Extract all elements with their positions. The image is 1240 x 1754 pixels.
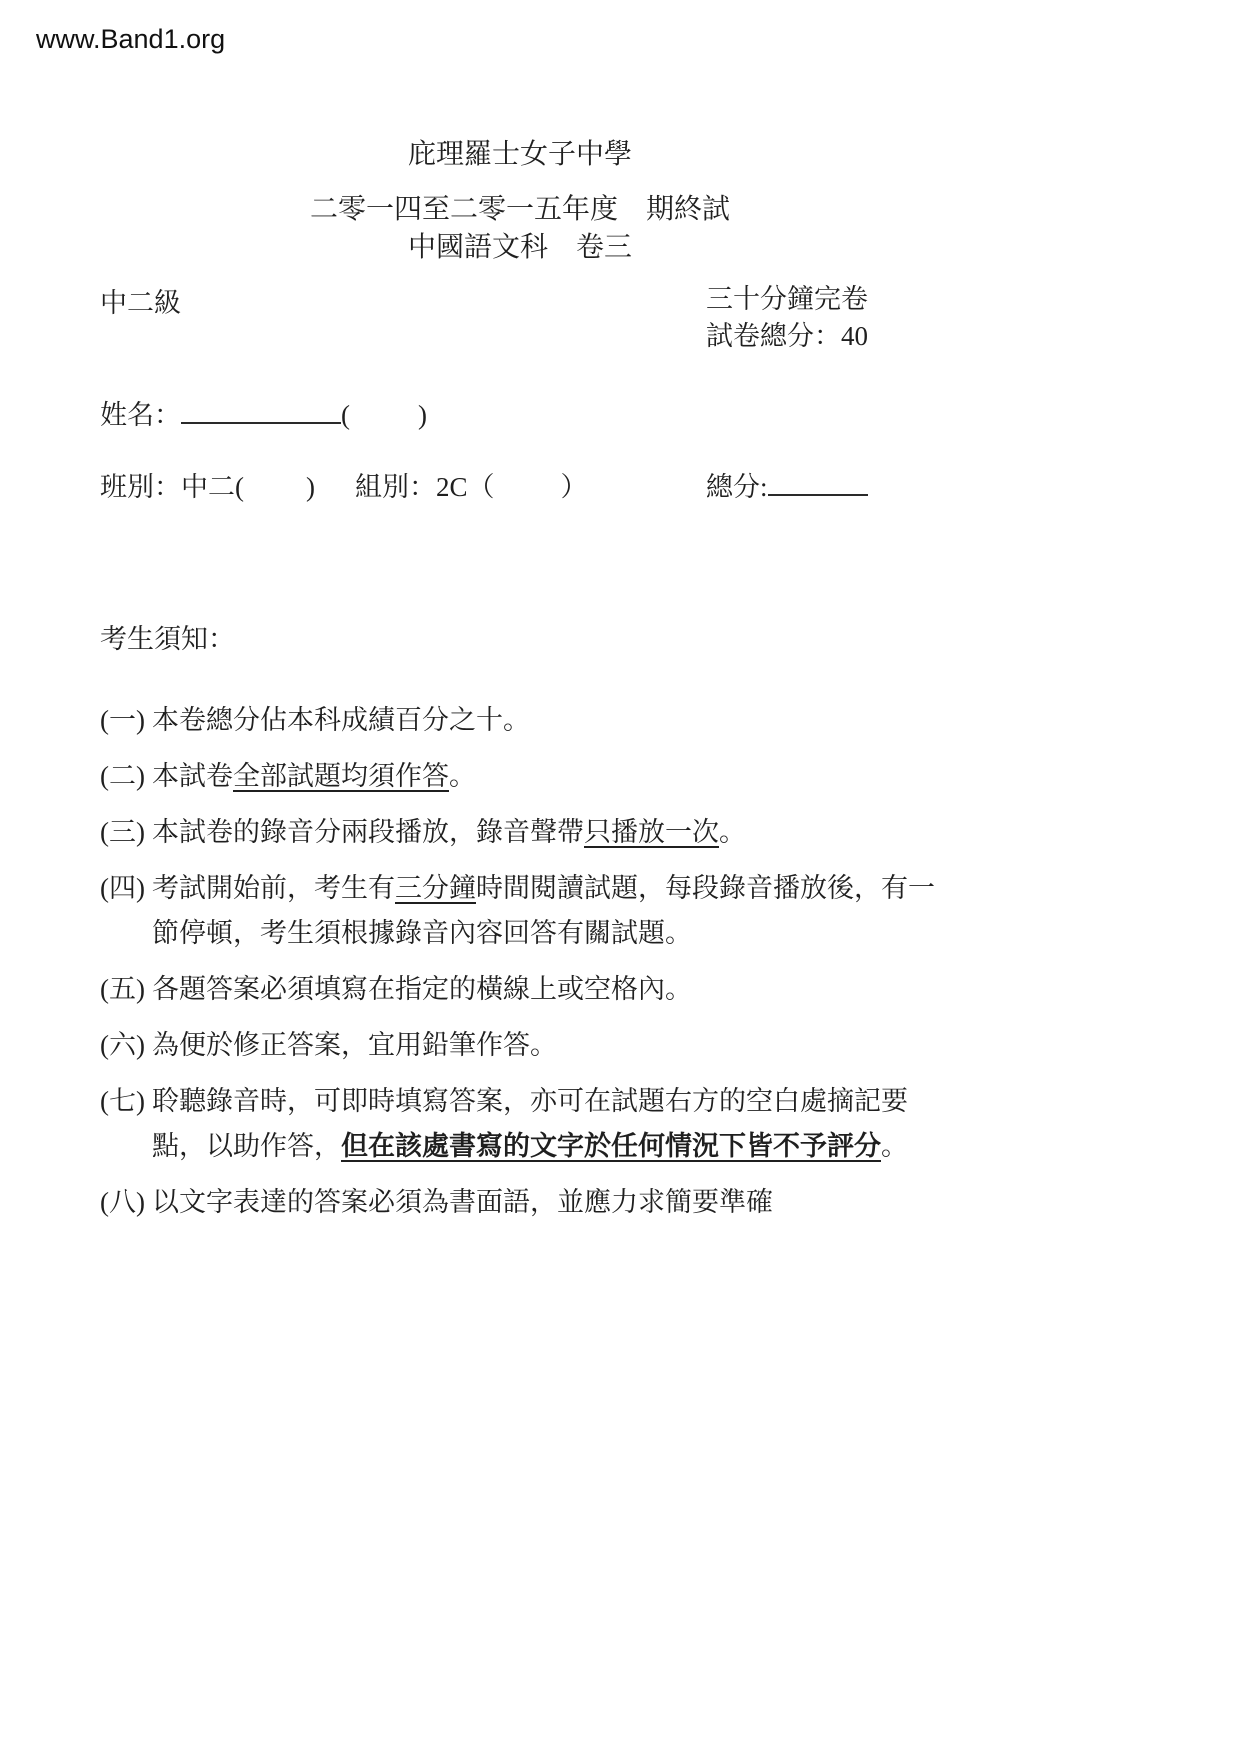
name-label: 姓名： [100,400,181,430]
duration-label: 三十分鐘完卷 [706,281,868,318]
instruction-number: (六) [100,1023,152,1068]
instruction-segment: 。 [719,817,746,847]
instruction-segment: 考試開始前，考生有 [152,873,395,903]
instruction-number: (四) [100,866,152,956]
name-paren-close: ) [418,400,427,430]
instruction-number: (二) [100,754,152,799]
class-paren-close: ) [306,472,315,502]
instruction-number: (八) [100,1180,152,1225]
instructions-list: (一)本卷總分佔本科成績百分之十。(二)本試卷全部試題均須作答。(三)本試卷的錄… [100,698,940,1225]
notices-heading: 考生須知： [100,617,940,656]
title-block: 庇理羅士女子中學 二零一四至二零一五年度 期終試 中國語文科 卷三 [100,0,940,267]
name-paren-open: ( [341,400,350,430]
instruction-text: 聆聽錄音時，可即時填寫答案，亦可在試題右方的空白處摘記要點，以助作答，但在該處書… [152,1079,940,1169]
instruction-item: (三)本試卷的錄音分兩段播放，錄音聲帶只播放一次。 [100,810,940,855]
instruction-number: (三) [100,810,152,855]
instruction-segment: 。 [449,761,476,791]
group-paren-close: ） [561,472,588,502]
instruction-text: 本試卷全部試題均須作答。 [152,754,940,799]
instruction-item: (四)考試開始前，考生有三分鐘時間閱讀試題，每段錄音播放後，有一節停頓，考生須根… [100,866,940,956]
instruction-segment: 。 [881,1131,908,1161]
instruction-item: (六)為便於修正答案，宜用鉛筆作答。 [100,1023,940,1068]
instruction-emphasis: 全部試題均須作答 [233,761,449,791]
name-blank [181,394,341,424]
instruction-emphasis: 三分鐘 [395,873,476,903]
instruction-segment: 為便於修正答案，宜用鉛筆作答。 [152,1030,557,1060]
instruction-item: (五)各題答案必須填寫在指定的橫線上或空格內。 [100,967,940,1012]
instruction-segment: 各題答案必須填寫在指定的橫線上或空格內。 [152,974,692,1004]
group-field: 組別：2C（） [355,472,588,502]
class-row: 班別：中二()組別：2C（） 總分: [100,465,940,507]
instruction-segment: 本卷總分佔本科成績百分之十。 [152,705,530,735]
class-label: 班別：中二( [100,472,244,502]
score-blank [768,466,868,496]
instruction-text: 考試開始前，考生有三分鐘時間閱讀試題，每段錄音播放後，有一節停頓，考生須根據錄音… [152,866,940,956]
instruction-number: (一) [100,698,152,743]
meta-right-column: 三十分鐘完卷 試卷總分：40 [706,281,868,355]
instruction-segment: 本試卷的錄音分兩段播放，錄音聲帶 [152,817,584,847]
instruction-number: (七) [100,1079,152,1169]
instruction-segment: 以文字表達的答案必須為書面語，並應力求簡要準確 [152,1187,773,1217]
instruction-number: (五) [100,967,152,1012]
instruction-emphasis: 但在該處書寫的文字於任何情況下皆不予評分 [341,1131,881,1161]
instruction-text: 本試卷的錄音分兩段播放，錄音聲帶只播放一次。 [152,810,940,855]
grade-label: 中二級 [100,281,181,320]
instruction-emphasis: 只播放一次 [584,817,719,847]
total-marks-label: 試卷總分：40 [706,318,868,355]
instruction-item: (一)本卷總分佔本科成績百分之十。 [100,698,940,743]
instruction-text: 各題答案必須填寫在指定的橫線上或空格內。 [152,967,940,1012]
exam-term: 二零一四至二零一五年度 期終試 [100,191,940,229]
page-content: 庇理羅士女子中學 二零一四至二零一五年度 期終試 中國語文科 卷三 中二級 三十… [100,0,940,1236]
instruction-text: 以文字表達的答案必須為書面語，並應力求簡要準確 [152,1180,940,1225]
instruction-item: (二)本試卷全部試題均須作答。 [100,754,940,799]
instruction-text: 本卷總分佔本科成績百分之十。 [152,698,940,743]
score-field: 總分: [706,465,868,504]
exam-cover-page: www.Band1.org 庇理羅士女子中學 二零一四至二零一五年度 期終試 中… [0,0,1240,1754]
class-field: 班別：中二() [100,472,315,502]
meta-row: 中二級 三十分鐘完卷 試卷總分：40 [100,281,940,355]
school-name: 庇理羅士女子中學 [100,136,940,174]
group-label: 組別：2C（ [355,472,495,502]
name-row: 姓名：() [100,393,940,432]
instruction-text: 為便於修正答案，宜用鉛筆作答。 [152,1023,940,1068]
score-label: 總分: [706,472,768,502]
instruction-item: (七)聆聽錄音時，可即時填寫答案，亦可在試題右方的空白處摘記要點，以助作答，但在… [100,1079,940,1169]
instruction-item: (八)以文字表達的答案必須為書面語，並應力求簡要準確 [100,1180,940,1225]
instruction-segment: 本試卷 [152,761,233,791]
subject-paper: 中國語文科 卷三 [100,229,940,267]
